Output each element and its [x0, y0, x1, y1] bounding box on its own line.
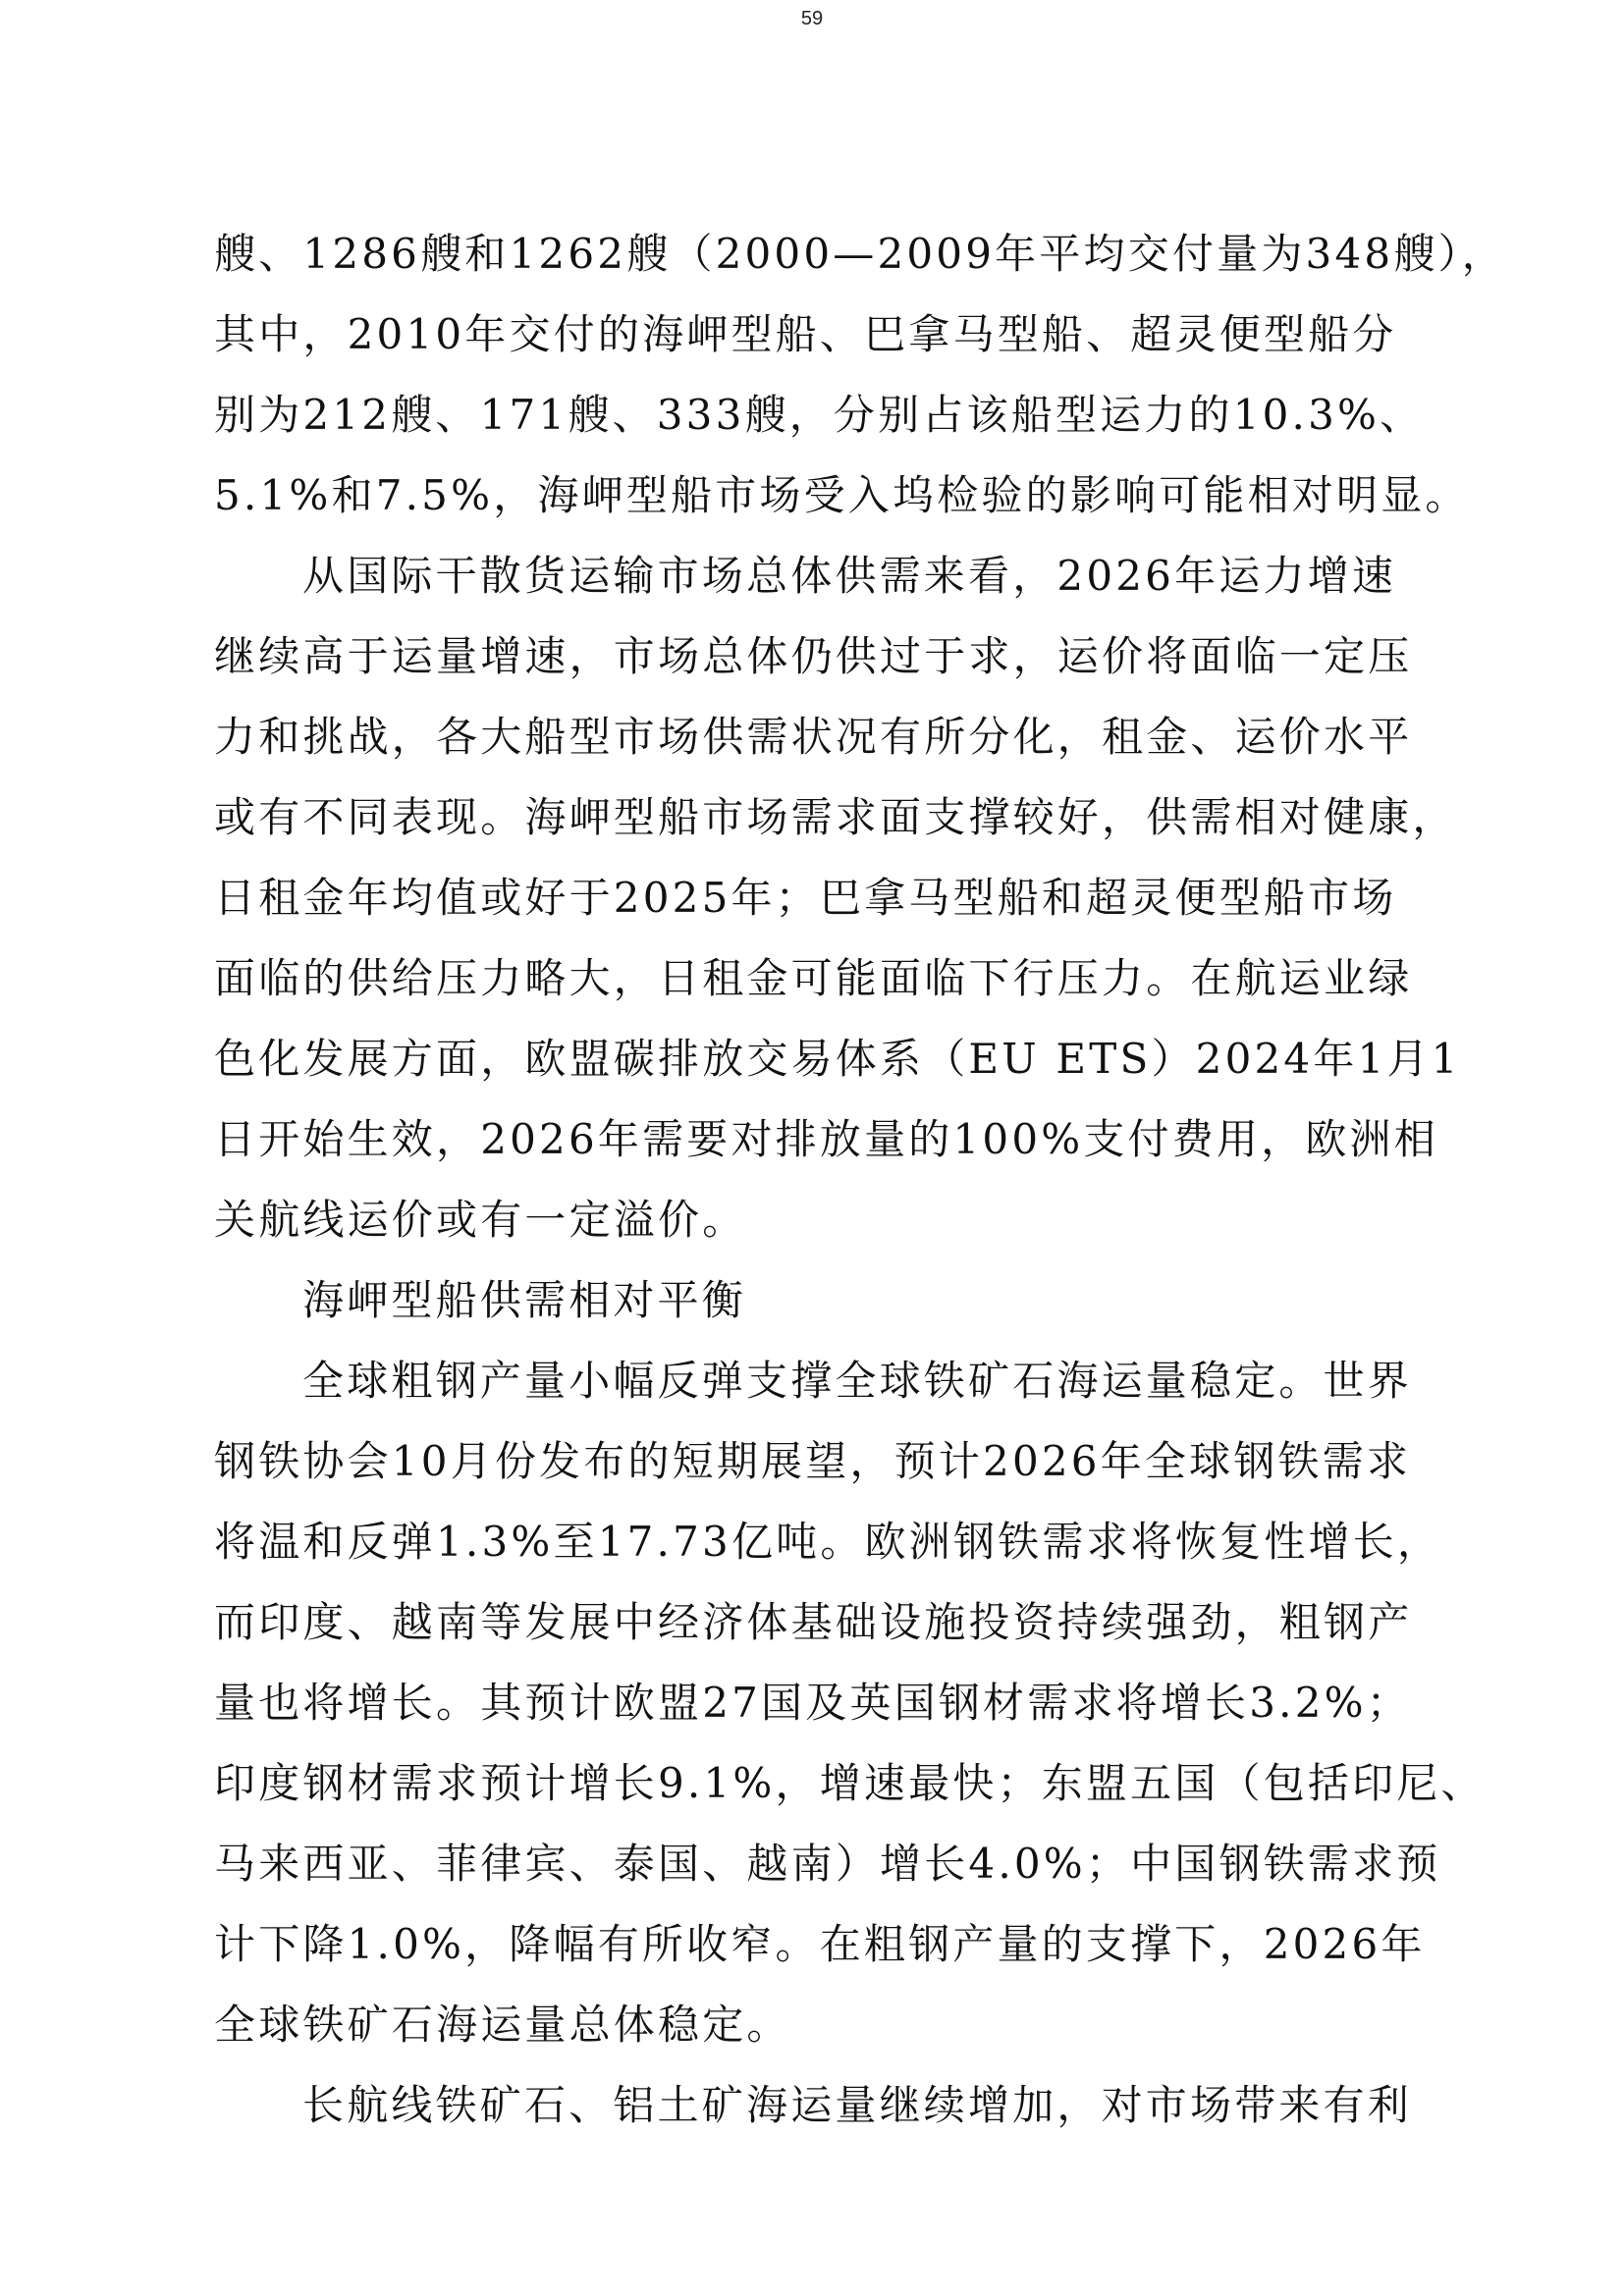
document-body: 艘、1286艘和1262艘（2000—2009年平均交付量为348艘）， 其中，… — [214, 214, 1392, 2146]
text-line: 而印度、越南等发展中经济体基础设施投资持续强劲，粗钢产 — [214, 1582, 1392, 1663]
text-line: 日开始生效，2026年需要对排放量的100%支付费用，欧洲相 — [214, 1099, 1392, 1180]
text-line: 或有不同表现。海岬型船市场需求面支撑较好，供需相对健康， — [214, 777, 1392, 858]
text-line: 将温和反弹1.3%至17.73亿吨。欧洲钢铁需求将恢复性增长， — [214, 1502, 1392, 1582]
text-line: 全球铁矿石海运量总体稳定。 — [214, 1985, 1392, 2065]
text-line: 印度钢材需求预计增长9.1%，增速最快；东盟五国（包括印尼、 — [214, 1743, 1392, 1824]
text-line: 面临的供给压力略大，日租金可能面临下行压力。在航运业绿 — [214, 938, 1392, 1019]
text-line: 量也将增长。其预计欧盟27国及英国钢材需求将增长3.2%； — [214, 1663, 1392, 1743]
paragraph-start-line: 全球粗钢产量小幅反弹支撑全球铁矿石海运量稳定。世界 — [214, 1341, 1392, 1421]
text-line: 日租金年均值或好于2025年；巴拿马型船和超灵便型船市场 — [214, 858, 1392, 938]
text-line: 艘、1286艘和1262艘（2000—2009年平均交付量为348艘）， — [214, 214, 1392, 294]
text-line: 马来西亚、菲律宾、泰国、越南）增长4.0%；中国钢铁需求预 — [214, 1824, 1392, 1904]
text-line: 钢铁协会10月份发布的短期展望，预计2026年全球钢铁需求 — [214, 1421, 1392, 1502]
section-heading: 海岬型船供需相对平衡 — [214, 1260, 1392, 1341]
text-line: 色化发展方面，欧盟碳排放交易体系（EU ETS）2024年1月1 — [214, 1019, 1392, 1099]
page-number: 59 — [0, 8, 1624, 30]
text-line: 关航线运价或有一定溢价。 — [214, 1180, 1392, 1260]
paragraph-start-line: 长航线铁矿石、铝土矿海运量继续增加，对市场带来有利 — [214, 2065, 1392, 2146]
text-line: 继续高于运量增速，市场总体仍供过于求，运价将面临一定压 — [214, 616, 1392, 697]
text-line: 计下降1.0%，降幅有所收窄。在粗钢产量的支撑下，2026年 — [214, 1904, 1392, 1985]
text-line: 5.1%和7.5%，海岬型船市场受入坞检验的影响可能相对明显。 — [214, 455, 1392, 536]
paragraph-start-line: 从国际干散货运输市场总体供需来看，2026年运力增速 — [214, 536, 1392, 616]
text-line: 其中，2010年交付的海岬型船、巴拿马型船、超灵便型船分 — [214, 294, 1392, 375]
text-line: 力和挑战，各大船型市场供需状况有所分化，租金、运价水平 — [214, 697, 1392, 777]
text-line: 别为212艘、171艘、333艘，分别占该船型运力的10.3%、 — [214, 375, 1392, 455]
